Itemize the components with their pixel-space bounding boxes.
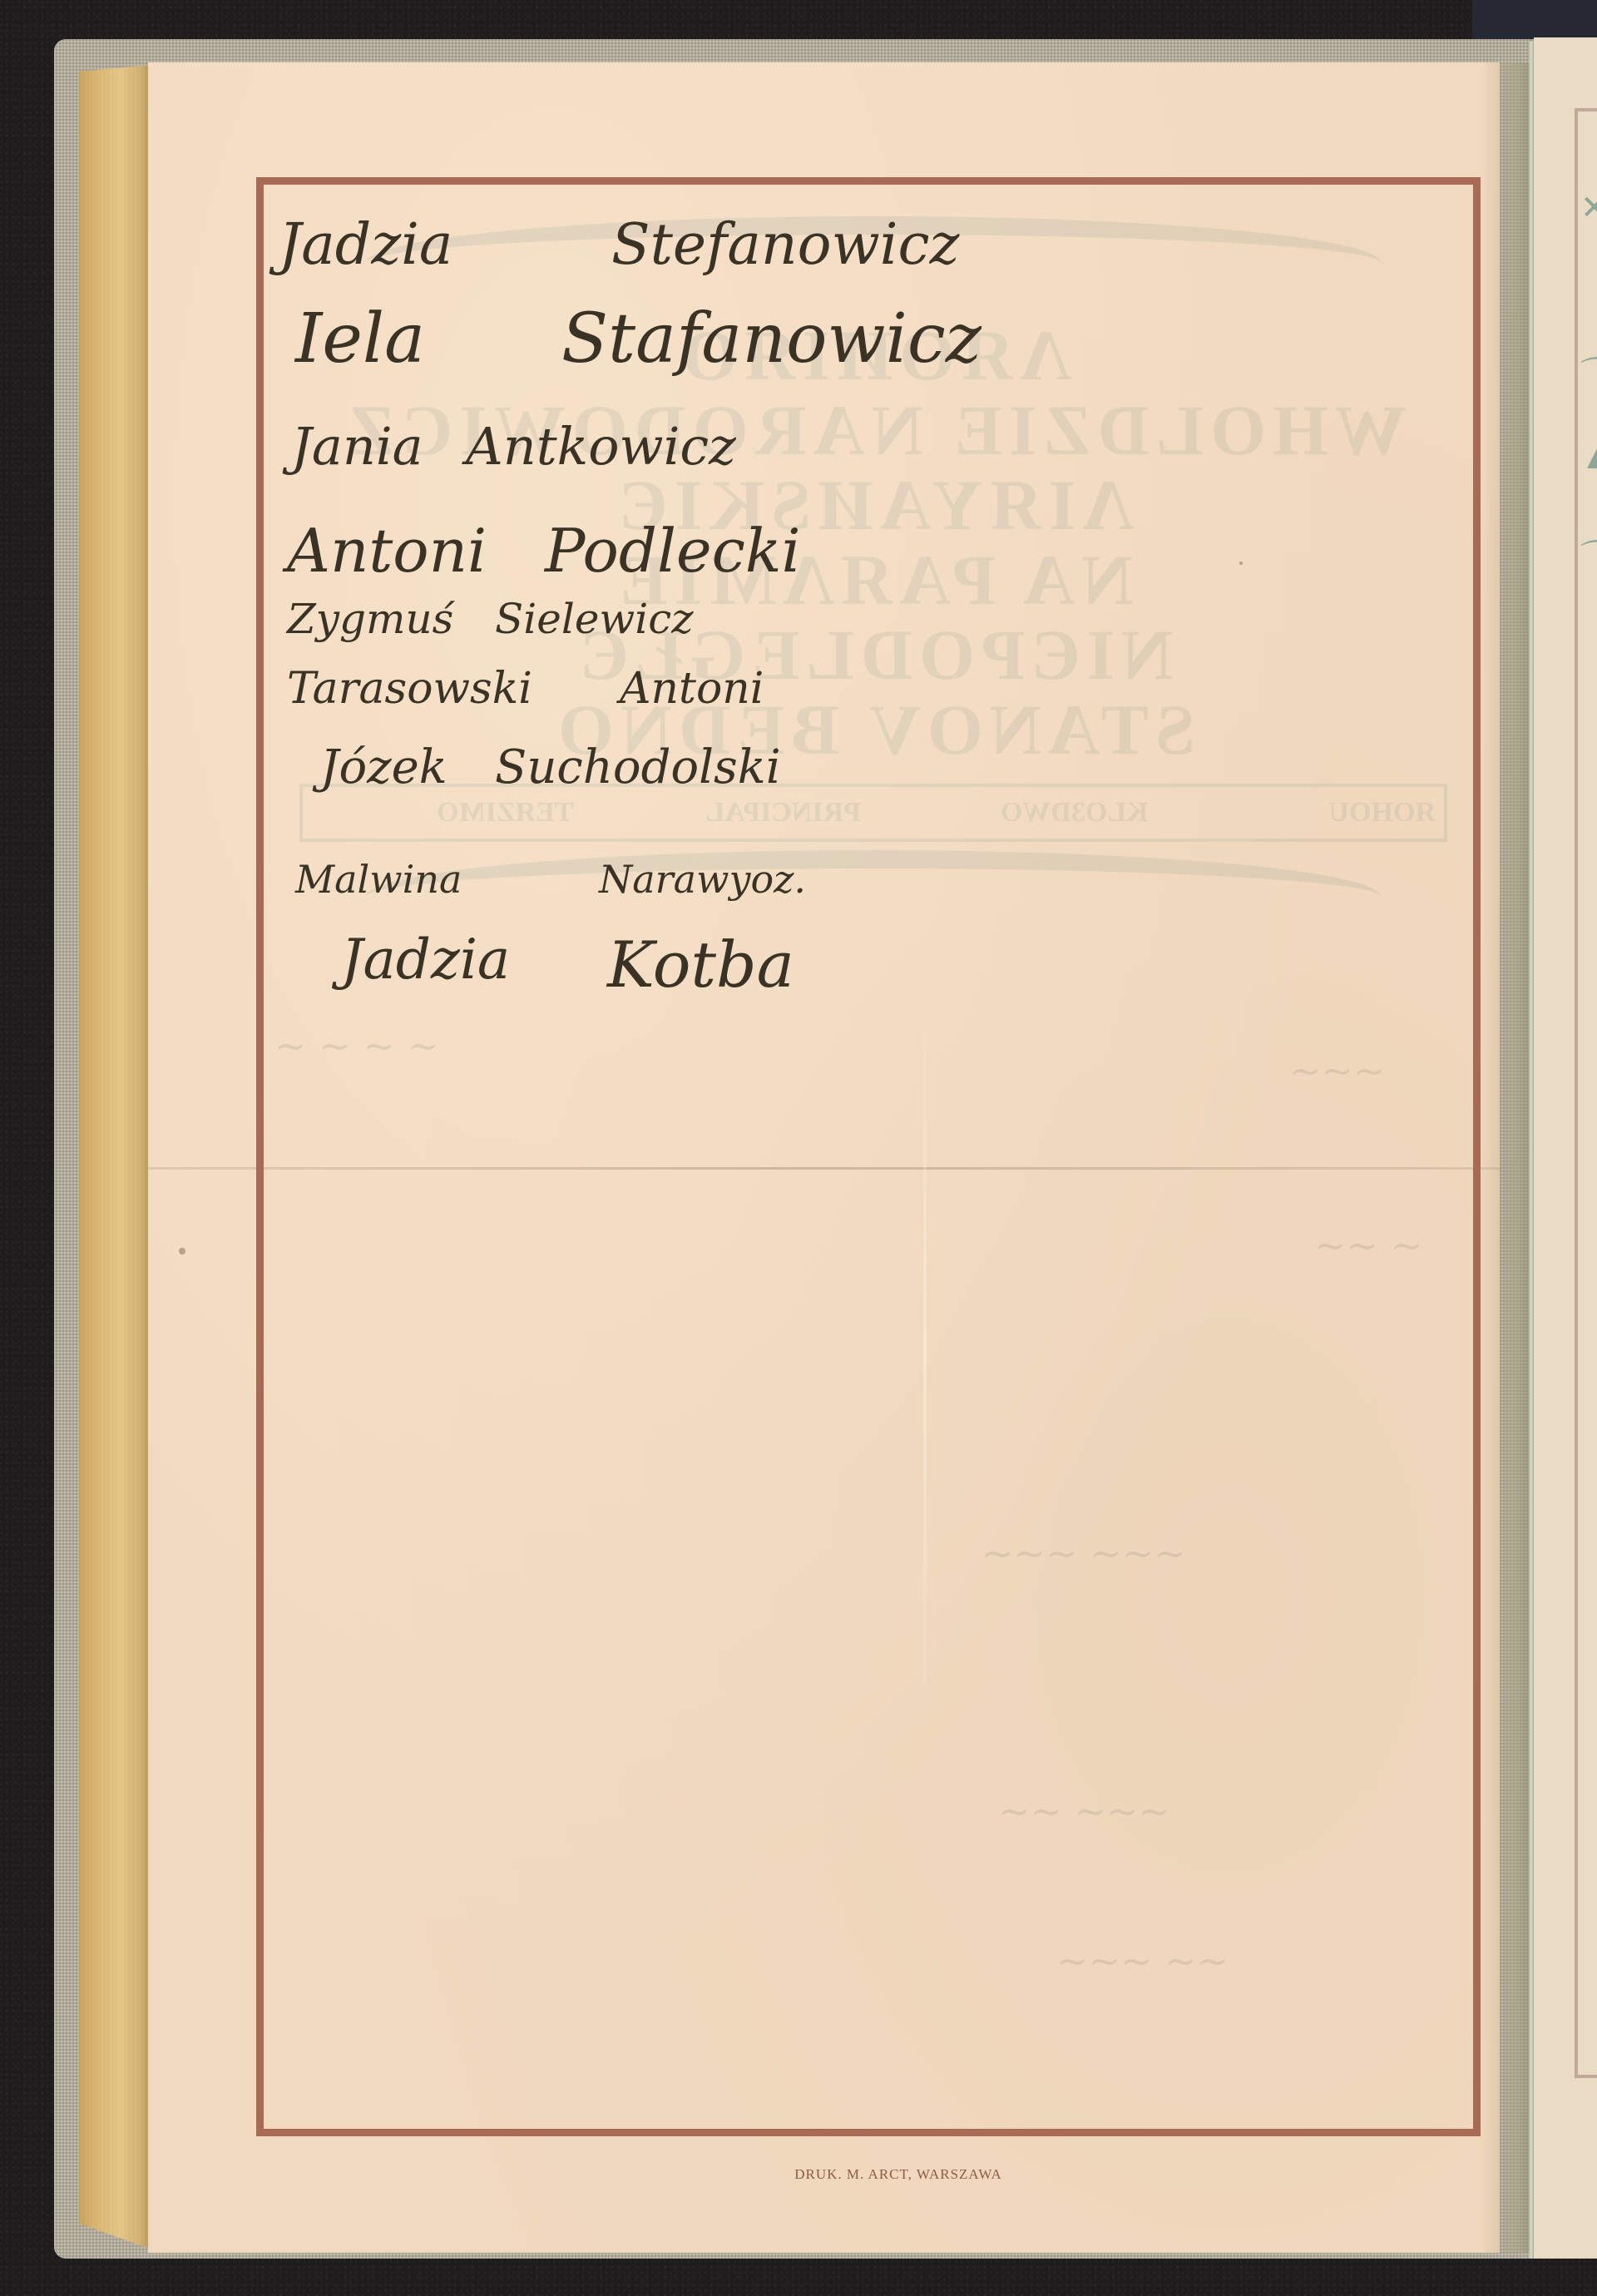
- last-name: Stefanowicz: [611, 212, 959, 278]
- last-name: Antkowicz: [466, 416, 736, 477]
- facing-page-ornament: ✕: [1580, 183, 1597, 233]
- facing-page-ornament: ▲: [1580, 433, 1597, 482]
- facing-page-ornament: ⌒: [1580, 532, 1597, 582]
- decorative-frame: [256, 177, 1481, 2136]
- book-gutter: [1529, 42, 1534, 2259]
- last-name: Kotba: [607, 928, 794, 1002]
- printer-imprint: DRUK. M. ARCT, WARSZAWA: [732, 2166, 1065, 2183]
- first-name: Antoni: [287, 516, 487, 586]
- first-name: Jania: [291, 416, 423, 477]
- facing-page-frame: [1575, 108, 1597, 2078]
- last-name: Stafanowicz: [561, 299, 981, 379]
- gutter-shadow: [1481, 62, 1530, 2253]
- first-name: Jadzia: [341, 928, 510, 992]
- paper-speck: [179, 1248, 185, 1254]
- facing-page-ornament: ⌒: [1580, 349, 1597, 399]
- first-name: Jadzia: [279, 212, 452, 278]
- paper-speck: [1239, 562, 1243, 565]
- last-name: Podlecki: [545, 516, 801, 586]
- first-name: Tarasowski: [287, 664, 532, 714]
- first-name: Józek: [320, 740, 447, 794]
- first-name: Zygmuś: [287, 595, 453, 643]
- last-name: Sielewicz: [495, 595, 694, 643]
- last-name: Narawyoz.: [599, 857, 806, 902]
- first-name: Iela: [295, 299, 425, 379]
- last-name: Antoni: [620, 664, 764, 714]
- first-name: Malwina: [295, 857, 462, 902]
- last-name: Suchodolski: [495, 740, 781, 794]
- page-stack-edge: [79, 65, 150, 2249]
- scanner-background-corner: [1472, 0, 1597, 42]
